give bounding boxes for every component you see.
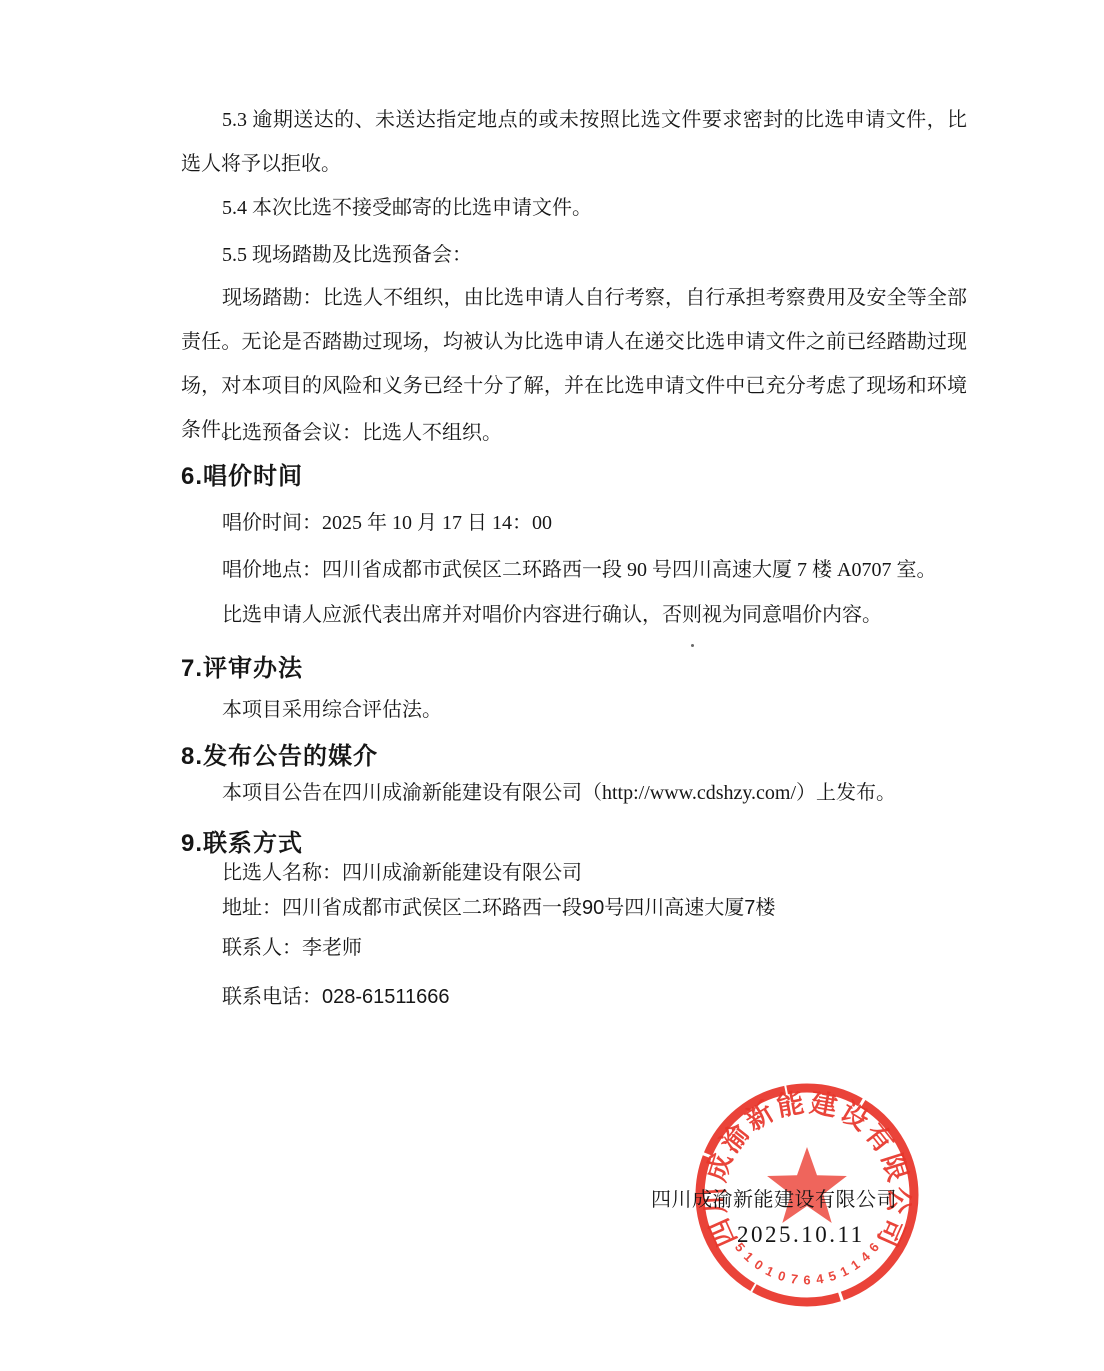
seal-arc-char: 能 — [774, 1087, 806, 1122]
paragraph-5-4: 5.4 本次比选不接受邮寄的比选申请文件。 — [181, 186, 967, 230]
seal-arc-char: 限 — [876, 1150, 913, 1185]
paragraph-contact-phone: 联系电话：028-61511666 — [181, 975, 967, 1019]
paragraph-evaluation-method: 本项目采用综合评估法。 — [181, 688, 967, 732]
paragraph-5-3: 5.3 逾期送达的、未送达指定地点的或未按照比选文件要求密封的比选申请文件，比选… — [181, 98, 967, 186]
seal-code-digit: 5 — [827, 1268, 838, 1284]
seal-code-digit: 0 — [776, 1268, 787, 1284]
seal-arc-char: 成 — [701, 1150, 738, 1185]
seal-code-digit: 7 — [790, 1271, 799, 1287]
seal-code-digit: 1 — [838, 1263, 851, 1280]
seal-code-digit: 6 — [803, 1272, 810, 1287]
signature-company: 四川成渝新能建设有限公司 — [651, 1183, 897, 1212]
paragraph-5-5: 5.5 现场踏勘及比选预备会： — [181, 233, 967, 277]
paragraph-address: 地址：四川省成都市武侯区二环路西一段90号四川高速大厦7楼 — [181, 886, 967, 930]
signature-date: 2025.10.11 — [737, 1222, 865, 1248]
heading-price-announcement: 6.唱价时间 — [181, 455, 967, 499]
paragraph-contact-person: 联系人：李老师 — [181, 926, 967, 970]
seal-code-digit: 1 — [741, 1249, 757, 1265]
paragraph-price-time: 唱价时间：2025 年 10 月 17 日 14：00 — [181, 501, 967, 545]
seal-code-digit: 0 — [752, 1257, 766, 1273]
paragraph-price-place: 唱价地点：四川省成都市武侯区二环路西一段 90 号四川高速大厦 7 楼 A070… — [181, 548, 967, 592]
seal-arc-char: 建 — [808, 1087, 840, 1121]
paragraph-announcement-media: 本项目公告在四川成渝新能建设有限公司（http://www.cdshzy.com… — [181, 771, 967, 815]
paragraph-prep-meeting: 比选预备会议：比选人不组织。 — [181, 411, 967, 455]
ink-speck — [691, 644, 694, 647]
heading-evaluation-method: 7.评审办法 — [181, 647, 967, 691]
seal-code-digit: 1 — [848, 1257, 862, 1273]
seal-code-digit: 4 — [815, 1271, 825, 1287]
document-page: 5.3 逾期送达的、未送达指定地点的或未按照比选文件要求密封的比选申请文件，比选… — [0, 0, 1104, 1371]
seal-code-digit: 1 — [763, 1263, 776, 1280]
paragraph-attendance-confirm: 比选申请人应派代表出席并对唱价内容进行确认，否则视为同意唱价内容。 — [181, 593, 967, 637]
